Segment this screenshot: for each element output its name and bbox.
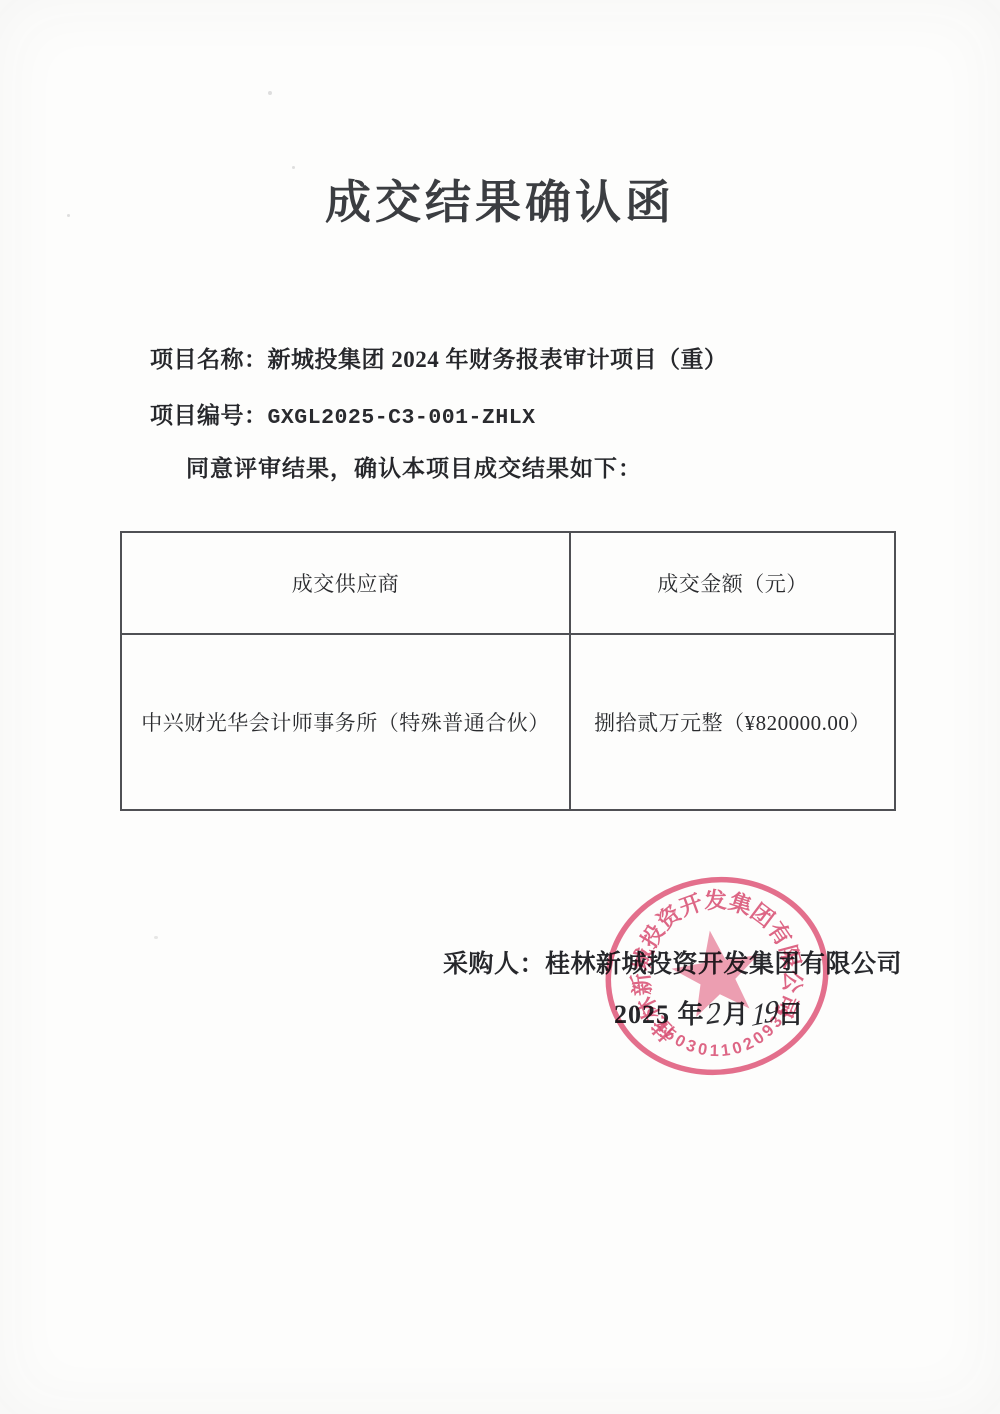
result-table: 成交供应商 成交金额（元） 中兴财光华会计师事务所（特殊普通合伙） 捌拾贰万元整… bbox=[120, 531, 896, 811]
purchaser-name: 桂林新城投资开发集团有限公司 bbox=[545, 951, 902, 978]
cell-amount: 捌拾贰万元整（¥820000.00） bbox=[570, 634, 895, 810]
date-year-unit: 年 bbox=[678, 1000, 705, 1029]
scan-speck bbox=[154, 936, 158, 939]
document-title: 成交结果确认函 bbox=[0, 166, 1000, 232]
date-day-unit: 日 bbox=[778, 1000, 805, 1029]
date-month-unit: 月 bbox=[723, 1000, 750, 1029]
table-row: 中兴财光华会计师事务所（特殊普通合伙） 捌拾贰万元整（¥820000.00） bbox=[121, 634, 895, 810]
scan-speck bbox=[292, 166, 295, 169]
header-supplier: 成交供应商 bbox=[121, 532, 570, 634]
table-header-row: 成交供应商 成交金额（元） bbox=[121, 532, 895, 634]
project-name-value: 新城投集团 2024 年财务报表审计项目（重） bbox=[268, 347, 728, 372]
confirmation-statement: 同意评审结果，确认本项目成交结果如下： bbox=[186, 450, 642, 483]
purchaser-line: 采购人：桂林新城投资开发集团有限公司 bbox=[443, 944, 902, 980]
header-amount: 成交金额（元） bbox=[570, 532, 895, 634]
scanned-document-page: 成交结果确认函 项目名称：新城投集团 2024 年财务报表审计项目（重） 项目编… bbox=[0, 0, 1000, 1414]
project-name-line: 项目名称：新城投集团 2024 年财务报表审计项目（重） bbox=[150, 341, 728, 374]
project-code-line: 项目编号：GXGL2025-C3-001-ZHLX bbox=[150, 397, 536, 430]
date-line: 2025 年2月19日 bbox=[614, 994, 805, 1031]
date-year: 2025 bbox=[614, 1000, 670, 1029]
date-month-handwritten: 2 bbox=[705, 996, 723, 1033]
purchaser-label: 采购人： bbox=[443, 951, 545, 978]
project-name-label: 项目名称： bbox=[150, 347, 268, 372]
scan-speck bbox=[67, 214, 70, 217]
project-code-label: 项目编号： bbox=[150, 403, 268, 428]
project-code-value: GXGL2025-C3-001-ZHLX bbox=[268, 406, 536, 430]
scan-speck bbox=[268, 91, 272, 95]
date-day-handwritten: 19 bbox=[750, 994, 777, 1034]
cell-supplier: 中兴财光华会计师事务所（特殊普通合伙） bbox=[121, 634, 570, 810]
